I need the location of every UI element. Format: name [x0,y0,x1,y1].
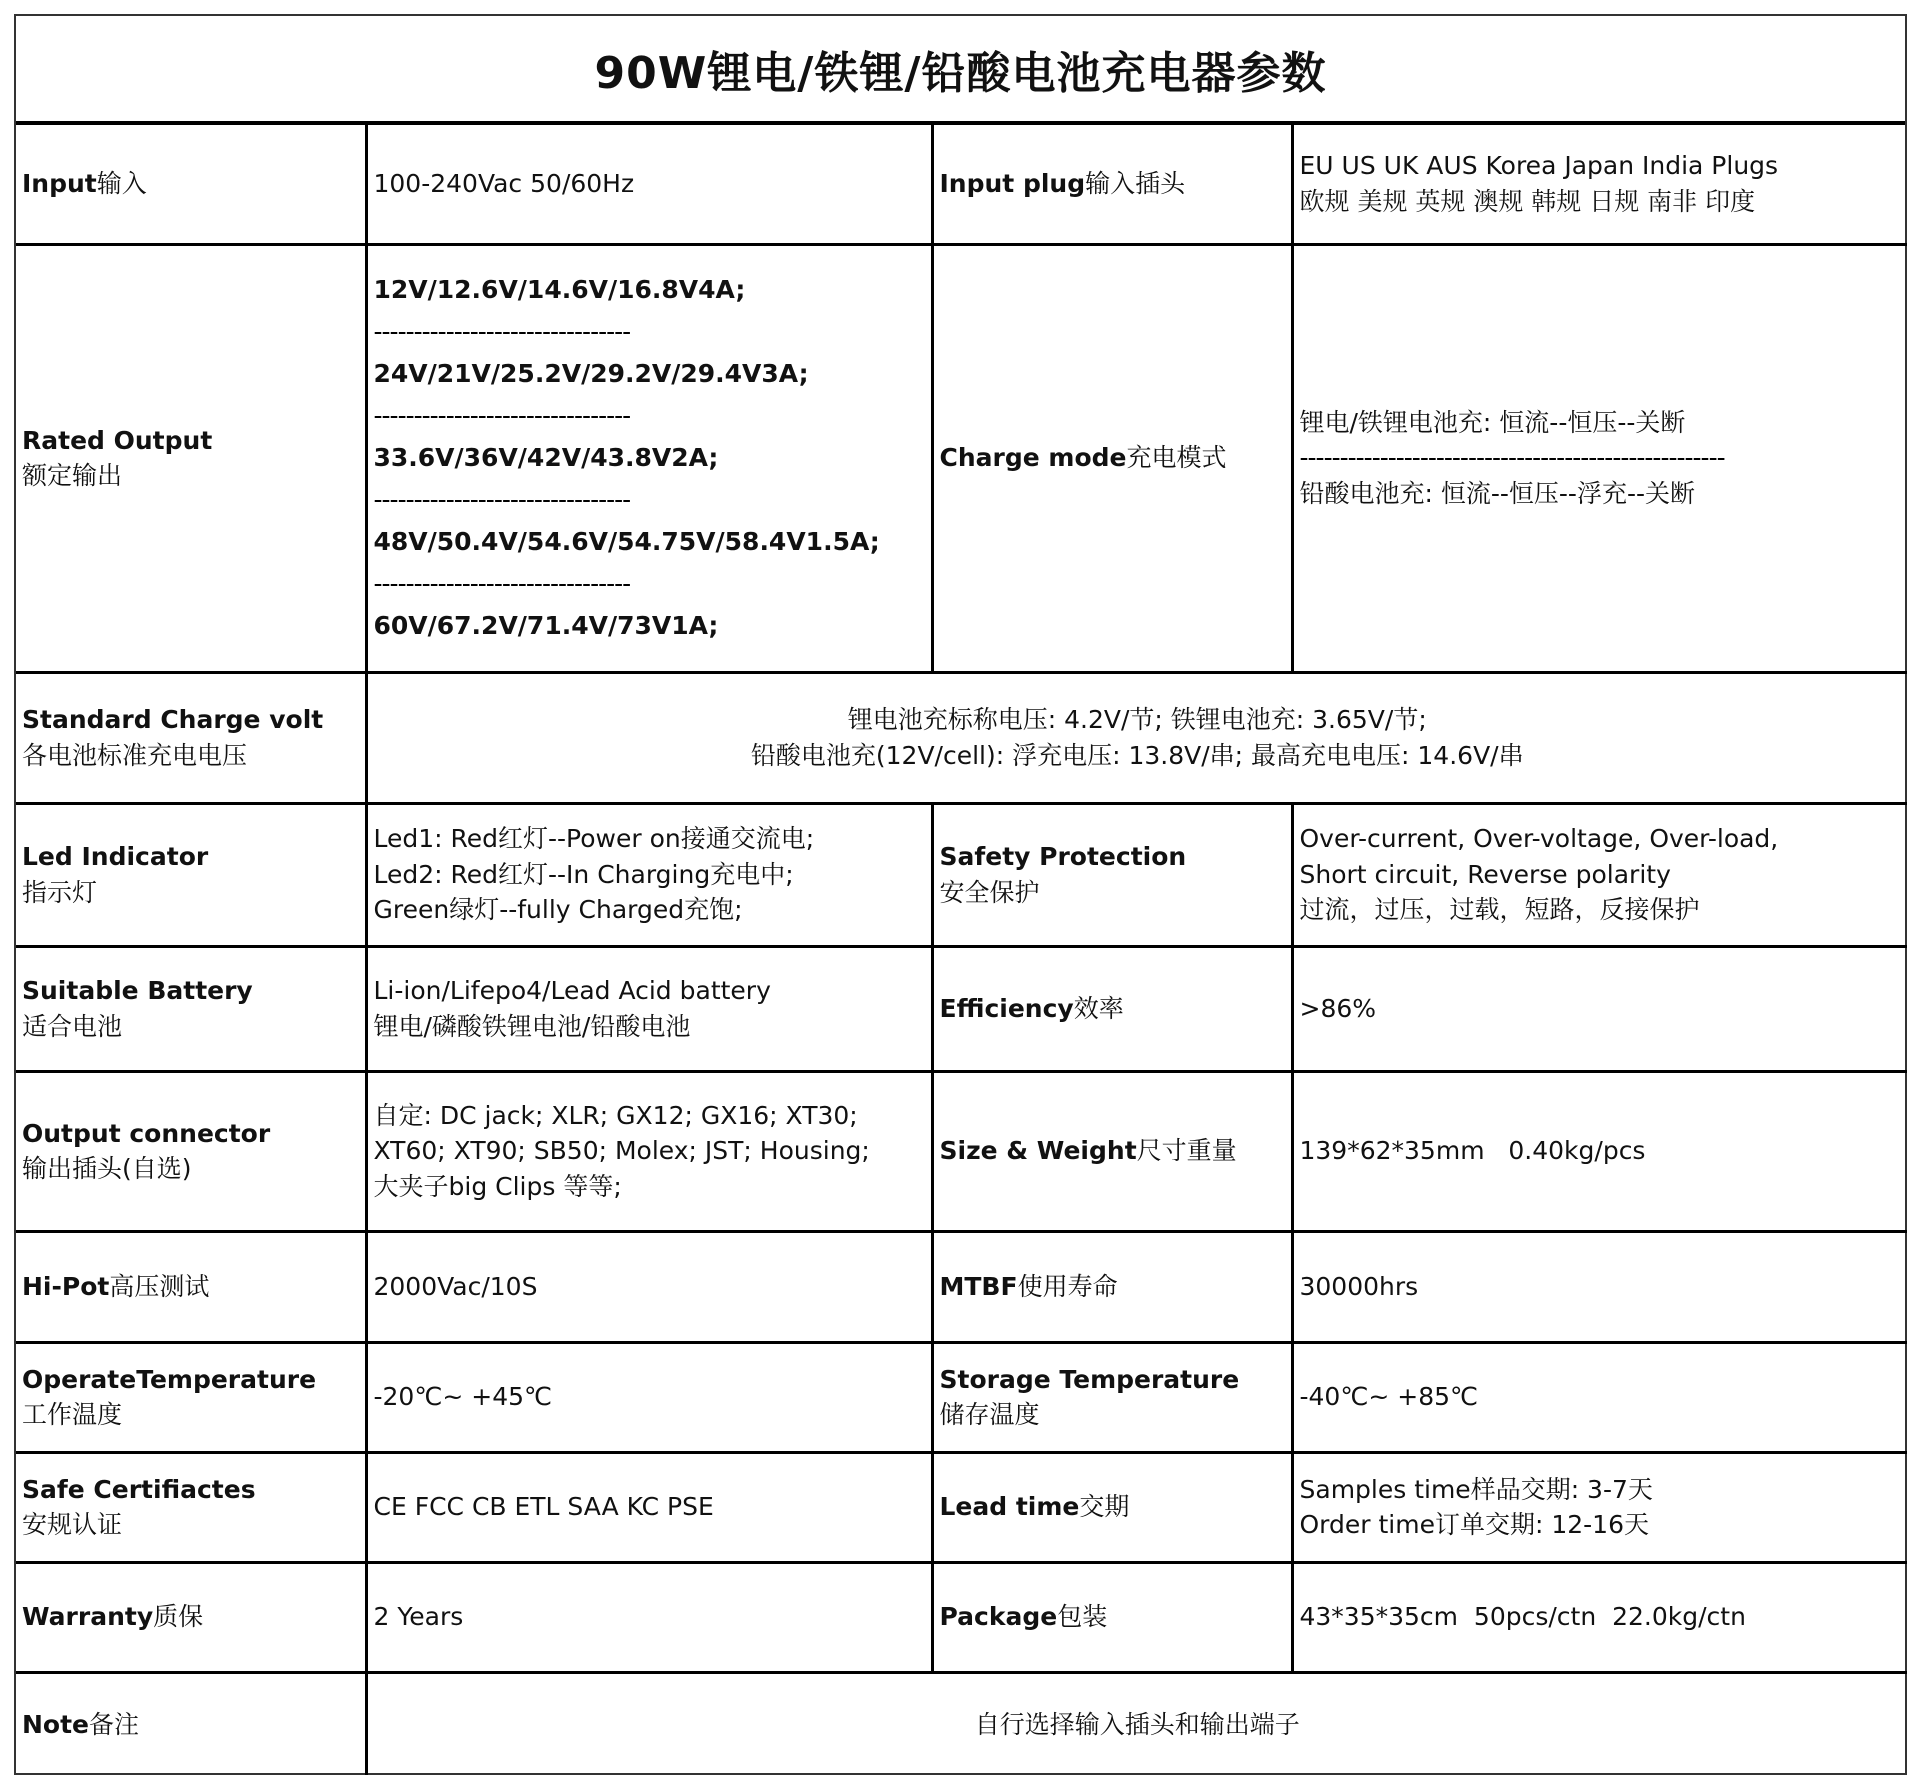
label-operate-temp: OperateTemperature 工作温度 [16,1342,366,1452]
label-mtbf: MTBF使用寿命 [932,1231,1292,1342]
label-standard-charge: Standard Charge volt 各电池标准充电电压 [16,672,366,803]
value-package: 43*35*35cm 50pcs/ctn 22.0kg/ctn [1292,1562,1907,1672]
table-row-certificates: Safe Certifiactes 安规认证 CE FCC CB ETL SAA… [16,1452,1907,1562]
label-rated-output: Rated Output 额定输出 [16,244,366,672]
spec-table: Input输入 100-240Vac 50/60Hz Input plug输入插… [16,125,1907,1775]
label-hipot: Hi-Pot高压测试 [16,1231,366,1342]
separator: -------------------------------- [374,395,925,437]
value-safety: Over-current, Over-voltage, Over-load, S… [1292,803,1907,946]
label-warranty: Warranty质保 [16,1562,366,1672]
value-connector: 自定: DC jack; XLR; GX12; GX16; XT30; XT60… [366,1071,932,1231]
label-input-plug: Input plug输入插头 [932,125,1292,244]
table-row-input: Input输入 100-240Vac 50/60Hz Input plug输入插… [16,125,1907,244]
value-mtbf: 30000hrs [1292,1231,1907,1342]
label-connector: Output connector 输出插头(自选) [16,1071,366,1231]
value-hipot: 2000Vac/10S [366,1231,932,1342]
label-safety: Safety Protection 安全保护 [932,803,1292,946]
value-warranty: 2 Years [366,1562,932,1672]
value-certificates: CE FCC CB ETL SAA KC PSE [366,1452,932,1562]
output-line-24v: 24V/21V/25.2V/29.2V/29.4V3A; [374,353,925,395]
table-row-temperature: OperateTemperature 工作温度 -20℃~ +45℃ Stora… [16,1342,1907,1452]
label-note: Note备注 [16,1672,366,1775]
label-efficiency: Efficiency效率 [932,946,1292,1071]
value-size-weight: 139*62*35mm 0.40kg/pcs [1292,1071,1907,1231]
spec-sheet: 90W锂电/铁锂/铅酸电池充电器参数 Input输入 100-240Vac 50… [14,14,1907,1775]
separator: -------------------------------- [374,563,925,605]
table-row-battery: Suitable Battery 适合电池 Li-ion/Lifepo4/Lea… [16,946,1907,1071]
value-efficiency: >86% [1292,946,1907,1071]
table-row-warranty: Warranty质保 2 Years Package包装 43*35*35cm … [16,1562,1907,1672]
table-row-hipot: Hi-Pot高压测试 2000Vac/10S MTBF使用寿命 30000hrs [16,1231,1907,1342]
label-battery: Suitable Battery 适合电池 [16,946,366,1071]
label-lead-time: Lead time交期 [932,1452,1292,1562]
value-lead-time: Samples time样品交期: 3-7天 Order time订单交期: 1… [1292,1452,1907,1562]
label-size-weight: Size & Weight尺寸重量 [932,1071,1292,1231]
value-input-plug: EU US UK AUS Korea Japan India Plugs 欧规 … [1292,125,1907,244]
table-row-rated-output: Rated Output 额定输出 12V/12.6V/14.6V/16.8V4… [16,244,1907,672]
value-rated-output: 12V/12.6V/14.6V/16.8V4A; ---------------… [366,244,932,672]
label-package: Package包装 [932,1562,1292,1672]
value-standard-charge: 锂电池充标称电压: 4.2V/节; 铁锂电池充: 3.65V/节; 铅酸电池充(… [366,672,1907,803]
output-line-48v: 48V/50.4V/54.6V/54.75V/58.4V1.5A; [374,521,925,563]
value-input: 100-240Vac 50/60Hz [366,125,932,244]
label-certificates: Safe Certifiactes 安规认证 [16,1452,366,1562]
value-battery: Li-ion/Lifepo4/Lead Acid battery 锂电/磷酸铁锂… [366,946,932,1071]
table-row-note: Note备注 自行选择输入插头和输出端子 [16,1672,1907,1775]
table-row-connector: Output connector 输出插头(自选) 自定: DC jack; X… [16,1071,1907,1231]
output-line-60v: 60V/67.2V/71.4V/73V1A; [374,605,925,647]
table-row-standard-charge: Standard Charge volt 各电池标准充电电压 锂电池充标称电压:… [16,672,1907,803]
label-storage-temp: Storage Temperature 储存温度 [932,1342,1292,1452]
label-charge-mode: Charge mode充电模式 [932,244,1292,672]
value-note: 自行选择输入插头和输出端子 [366,1672,1907,1775]
output-line-12v: 12V/12.6V/14.6V/16.8V4A; [374,269,925,311]
label-led: Led Indicator 指示灯 [16,803,366,946]
output-line-36v: 33.6V/36V/42V/43.8V2A; [374,437,925,479]
value-operate-temp: -20℃~ +45℃ [366,1342,932,1452]
table-row-led: Led Indicator 指示灯 Led1: Red红灯--Power on接… [16,803,1907,946]
page-title: 90W锂电/铁锂/铅酸电池充电器参数 [16,16,1905,125]
value-charge-mode: 锂电/铁锂电池充: 恒流--恒压--关断 -------------------… [1292,244,1907,672]
value-storage-temp: -40℃~ +85℃ [1292,1342,1907,1452]
label-input: Input输入 [16,125,366,244]
separator: -------------------------------- [374,479,925,521]
separator: -------------------------------- [374,311,925,353]
value-led: Led1: Red红灯--Power on接通交流电; Led2: Red红灯-… [366,803,932,946]
